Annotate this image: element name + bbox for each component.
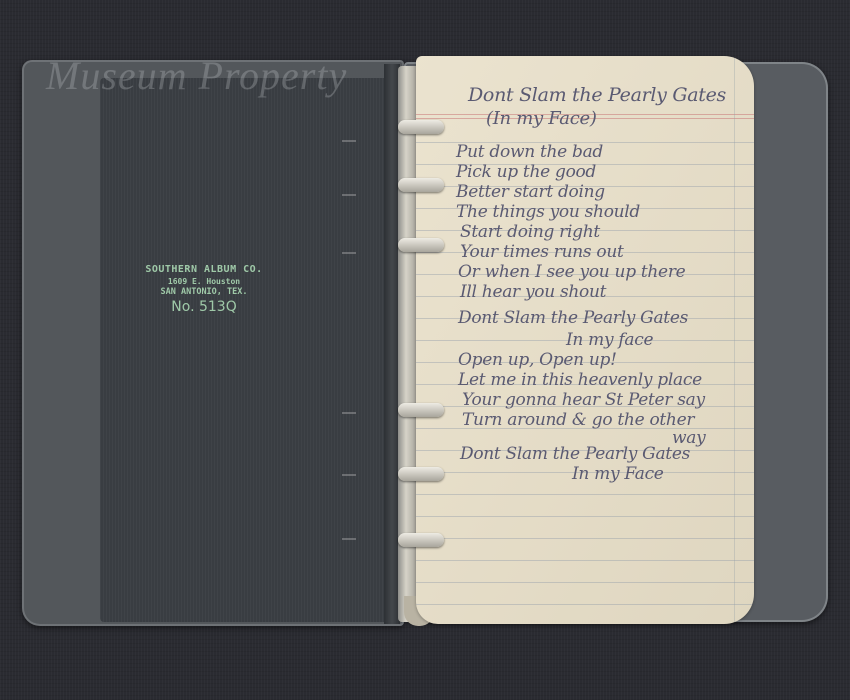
binder-ring	[398, 238, 444, 252]
lyric-line: The things you should	[456, 202, 640, 222]
stitch-mark	[342, 140, 356, 142]
binder-ring	[398, 403, 444, 417]
lyrics-page: Dont Slam the Pearly Gates (In my Face) …	[416, 56, 754, 624]
stitch-mark	[342, 412, 356, 414]
lyric-line: Let me in this heavenly place	[458, 370, 702, 390]
lyric-line: Turn around & go the other	[462, 410, 694, 430]
lyric-line: In my Face	[572, 464, 664, 484]
lyric-line: Start doing right	[460, 222, 600, 242]
lyric-line: In my face	[566, 330, 653, 350]
lyric-line: Pick up the good	[456, 162, 596, 182]
page-rule	[416, 582, 754, 583]
stitch-mark	[342, 252, 356, 254]
watermark: Museum Property	[46, 52, 347, 99]
lyrics-title: Dont Slam the Pearly Gates	[468, 84, 726, 106]
lyric-line: Or when I see you up there	[458, 262, 685, 282]
lyric-line: Your gonna hear St Peter say	[462, 390, 705, 410]
lyrics-subtitle: (In my Face)	[486, 108, 597, 129]
page-rule	[416, 516, 754, 517]
right-margin-line	[734, 56, 735, 624]
stamp-model-number: No. 513Q	[134, 299, 274, 317]
lyric-line: Dont Slam the Pearly Gates	[460, 444, 690, 464]
page-rule	[416, 604, 754, 605]
lyric-line: Open up, Open up!	[458, 350, 617, 370]
stamp-company: SOUTHERN ALBUM CO.	[134, 264, 274, 277]
stitch-mark	[342, 538, 356, 540]
stitch-mark	[342, 194, 356, 196]
lyric-line: Put down the bad	[456, 142, 603, 162]
stamp-address: 1609 E. Houston	[134, 277, 274, 287]
binder-ring	[398, 120, 444, 134]
left-cover-inner-panel	[100, 78, 394, 622]
lyric-line: Dont Slam the Pearly Gates	[458, 308, 688, 328]
page-rule	[416, 560, 754, 561]
manufacturer-stamp: SOUTHERN ALBUM CO. 1609 E. Houston SAN A…	[134, 264, 274, 317]
binder-ring	[398, 178, 444, 192]
stitch-mark	[342, 474, 356, 476]
page-rule	[416, 538, 754, 539]
lyric-line: Your times runs out	[460, 242, 624, 262]
stamp-city: SAN ANTONIO, TEX.	[134, 287, 274, 298]
binder-ring	[398, 533, 444, 547]
binder-ring	[398, 467, 444, 481]
lyric-line: Ill hear you shout	[460, 282, 606, 302]
lyric-line: Better start doing	[456, 182, 605, 202]
page-rule	[416, 494, 754, 495]
